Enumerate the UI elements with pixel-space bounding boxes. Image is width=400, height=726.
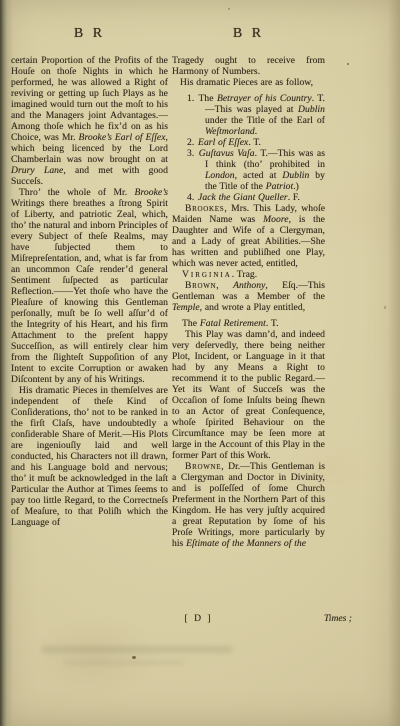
foxing-speck [384,306,386,309]
play-list-item-1: 1. The Betrayer of his Country. T.—This … [187,93,325,137]
text-column-right: Tragedy ought to receive from Harmony of… [172,55,325,549]
book-page: B R B R certain Proportion of the Profit… [0,0,400,726]
brooke-writings-paragraph: Thro’ the whole of Mr. Brooke’s Writings… [11,187,168,385]
page-footer: [ D ] Times ; [11,613,352,626]
show-through-smudge [64,660,184,665]
play-title-fatal-retirement: The Fatal Retirement. T. [172,318,325,329]
dramatic-pieces-intro: His dramatic Pieces are as follow, [172,77,325,88]
list-number: 4. [187,192,195,203]
catchword: Times ; [324,613,352,624]
entry-brooke-continuation: certain Proportion of the Profits of the… [11,55,168,187]
page-right-edge [388,0,400,726]
brooke-dramatic-pieces-paragraph: His dramatic Pieces in themſelves are in… [11,385,168,528]
play-list-item-4: 4. Jack the Giant Queller. F. [187,192,325,203]
foxing-speck [132,656,136,659]
play-list-item-3: 3. Guſtavus Vaſa. T.—This was as I think… [187,148,325,192]
running-header-right: B R [172,26,325,42]
list-number: 1. [187,93,195,104]
list-number: 3. [187,148,195,159]
entry-brown: Brown, Anthony, Eſq.—This Gentleman was … [172,280,325,313]
show-through-smudge [42,646,232,653]
tragedy-continuation: Tragedy ought to receive from Harmony of… [172,55,325,77]
play-title-virginia: Virginia. Trag. [172,269,325,280]
running-header-left: B R [11,26,168,42]
signature-mark: [ D ] [184,613,212,624]
fatal-retirement-commentary: This Play was damn’d, and indeed very de… [172,329,325,461]
list-number: 2. [187,137,195,148]
entry-brookes: Brookes, Mrs. This Lady, whoſe Maiden Na… [172,203,325,269]
foxing-speck [347,63,349,65]
foxing-speck [228,8,230,10]
entry-browne: Browne, Dr.—This Gentleman is a Clergyma… [172,461,325,549]
play-list-item-2: 2. Earl of Eſſex. T. [187,137,325,148]
text-column-left: certain Proportion of the Profits of the… [11,55,168,528]
